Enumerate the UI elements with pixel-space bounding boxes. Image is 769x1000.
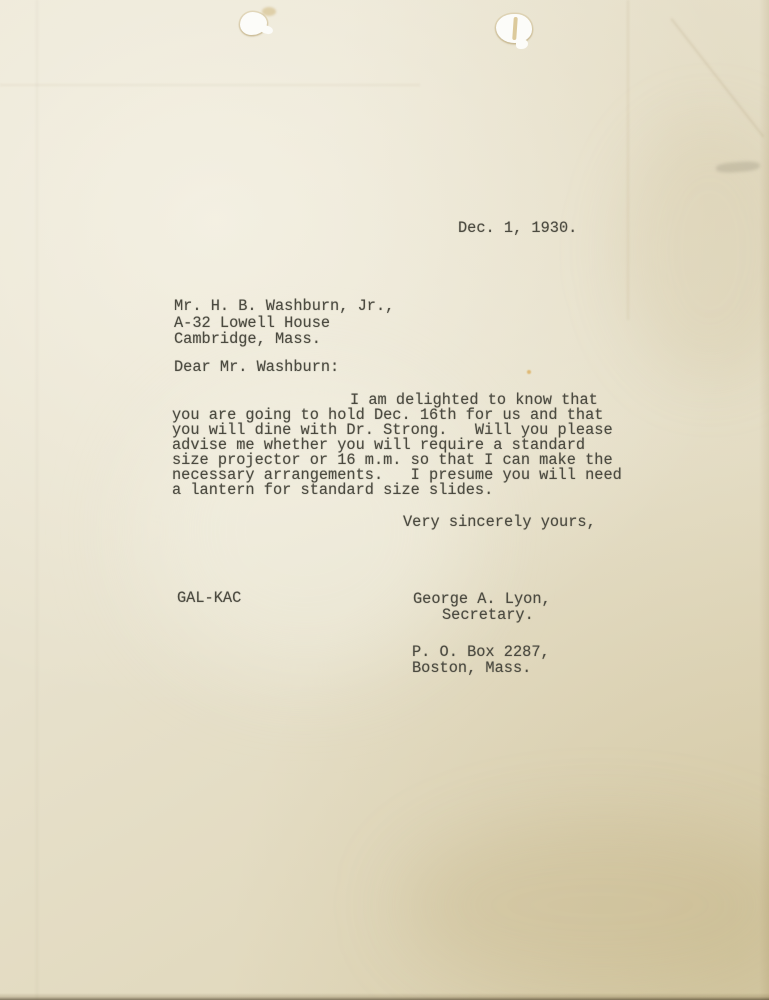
paper-crease — [627, 0, 629, 320]
letter-body: I am delighted to know thatyou are going… — [172, 393, 622, 498]
letter-date: Dec. 1, 1930. — [458, 221, 577, 236]
page-bottom-edge-shadow — [0, 993, 769, 1000]
salutation: Dear Mr. Washburn: — [174, 360, 339, 375]
paper-crease — [36, 0, 38, 1000]
punch-hole-right — [496, 14, 532, 43]
recipient-address-block: Mr. H. B. Washburn, Jr.,A-32 Lowell Hous… — [174, 298, 394, 348]
page-right-edge-shadow — [759, 0, 769, 1000]
paper-dark-blotch — [400, 820, 769, 990]
text-line: George A. Lyon, — [413, 591, 551, 607]
text-line: a lantern for standard size slides. — [172, 483, 622, 498]
paper-stain-speck — [527, 370, 531, 374]
paper-dark-blotch — [620, 120, 769, 380]
text-line: P. O. Box 2287, — [412, 644, 550, 660]
text-line: Secretary. — [413, 607, 551, 623]
punch-hole-left — [240, 12, 267, 35]
signature-block: George A. Lyon,Secretary. — [413, 591, 551, 623]
text-line: Boston, Mass. — [412, 660, 550, 676]
letter-page: Dec. 1, 1930. Mr. H. B. Washburn, Jr.,A-… — [0, 0, 769, 1000]
paper-crease — [670, 18, 764, 137]
text-line: A-32 Lowell House — [174, 315, 394, 332]
paper-crease — [0, 84, 420, 86]
faint-pencil-smudge — [716, 160, 761, 173]
text-line: Mr. H. B. Washburn, Jr., — [174, 298, 394, 315]
text-line: Cambridge, Mass. — [174, 331, 394, 348]
reference-initials: GAL-KAC — [177, 591, 241, 606]
closing-valediction: Very sincerely yours, — [403, 515, 596, 530]
sender-address-block: P. O. Box 2287,Boston, Mass. — [412, 644, 550, 676]
